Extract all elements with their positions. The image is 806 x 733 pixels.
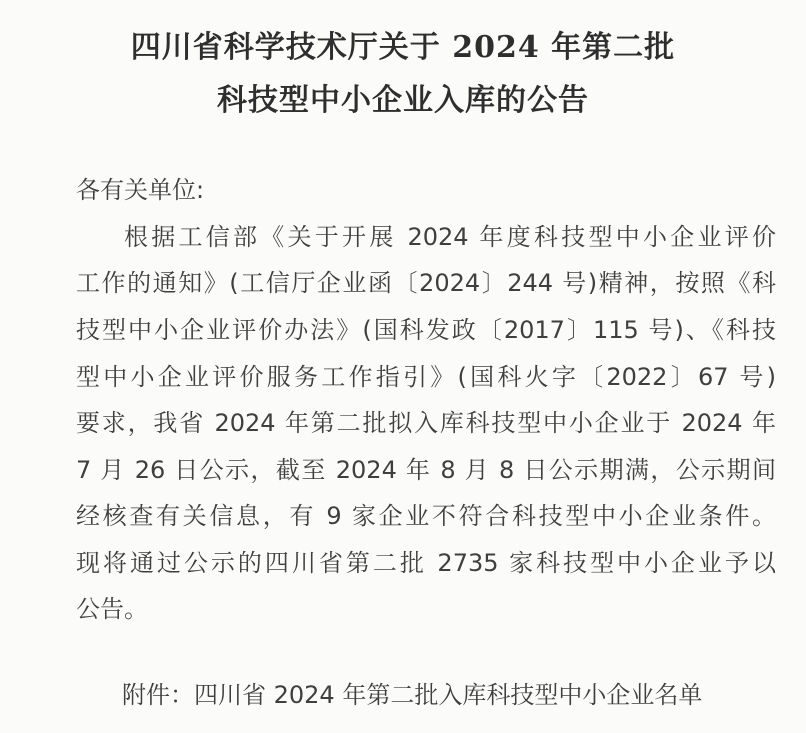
body-line: 型中小企业评价服务工作指引》(国科火字〔2022〕67 号) bbox=[76, 362, 776, 392]
salutation: 各有关单位: bbox=[76, 175, 204, 205]
body-line: 要求，我省 2024 年第二批拟入库科技型中小企业于 2024 年 bbox=[76, 408, 776, 438]
document-title-line-1: 四川省科学技术厅关于 2024 年第二批 bbox=[0, 22, 806, 66]
body-line: 工作的通知》(工信厅企业函〔2024〕244 号)精神，按照《科 bbox=[76, 268, 776, 298]
document-title-line-2: 科技型中小企业入库的公告 bbox=[0, 75, 806, 119]
document-page: 四川省科学技术厅关于 2024 年第二批 科技型中小企业入库的公告 各有关单位:… bbox=[0, 0, 806, 733]
body-line: 7 月 26 日公示，截至 2024 年 8 月 8 日公示期满，公示期间 bbox=[76, 455, 776, 485]
body-line: 技型中小企业评价办法》(国科发政〔2017〕115 号)、《科技 bbox=[76, 315, 776, 345]
body-line: 现将通过公示的四川省第二批 2735 家科技型中小企业予以 bbox=[76, 548, 776, 578]
body-line: 经核查有关信息，有 9 家企业不符合科技型中小企业条件。 bbox=[76, 501, 776, 531]
attachment-note: 附件：四川省 2024 年第二批入库科技型中小企业名单 bbox=[122, 680, 702, 710]
body-line: 根据工信部《关于开展 2024 年度科技型中小企业评价 bbox=[124, 222, 776, 252]
body-line: 公告。 bbox=[76, 594, 148, 624]
